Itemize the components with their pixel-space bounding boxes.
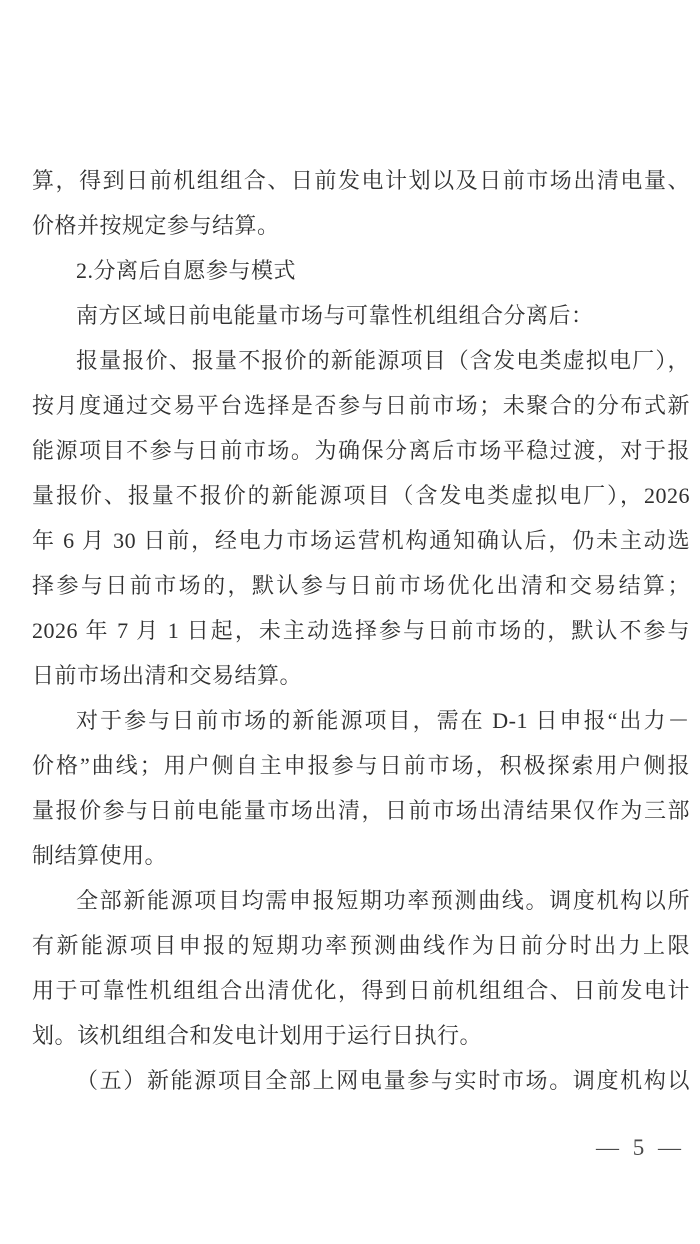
document-line-heading: 2.分离后自愿参与模式 [32, 248, 690, 293]
document-line: 用于可靠性机组组合出清优化，得到日前机组组合、日前发电计 [32, 968, 690, 1013]
document-line: 制结算使用。 [32, 833, 690, 878]
document-line: 择参与日前市场的，默认参与日前市场优化出清和交易结算； [32, 563, 690, 608]
document-page: 算，得到日前机组组合、日前发电计划以及日前市场出清电量、 价格并按规定参与结算。… [0, 0, 700, 1244]
document-line: 划。该机组组合和发电计划用于运行日执行。 [32, 1013, 690, 1058]
document-line: 有新能源项目申报的短期功率预测曲线作为日前分时出力上限 [32, 923, 690, 968]
page-number: — 5 — [32, 1136, 690, 1160]
document-line: 价格并按规定参与结算。 [32, 203, 690, 248]
document-line: 年 6 月 30 日前，经电力市场运营机构通知确认后，仍未主动选 [32, 518, 690, 563]
document-line: 南方区域日前电能量市场与可靠性机组组合分离后： [32, 293, 690, 338]
document-line: 量报价参与日前电能量市场出清，日前市场出清结果仅作为三部 [32, 788, 690, 833]
document-line: 2026 年 7 月 1 日起，未主动选择参与日前市场的，默认不参与 [32, 608, 690, 653]
document-line: 全部新能源项目均需申报短期功率预测曲线。调度机构以所 [32, 878, 690, 923]
document-line: 能源项目不参与日前市场。为确保分离后市场平稳过渡，对于报 [32, 428, 690, 473]
document-line: 报量报价、报量不报价的新能源项目（含发电类虚拟电厂）， [32, 338, 690, 383]
document-line: （五）新能源项目全部上网电量参与实时市场。调度机构以 [32, 1058, 690, 1103]
document-line: 对于参与日前市场的新能源项目，需在 D-1 日申报“出力－ [32, 698, 690, 743]
document-line: 量报价、报量不报价的新能源项目（含发电类虚拟电厂），2026 [32, 473, 690, 518]
document-line: 价格”曲线；用户侧自主申报参与日前市场，积极探索用户侧报 [32, 743, 690, 788]
document-line: 算，得到日前机组组合、日前发电计划以及日前市场出清电量、 [32, 158, 690, 203]
document-line: 按月度通过交易平台选择是否参与日前市场；未聚合的分布式新 [32, 383, 690, 428]
document-line: 日前市场出清和交易结算。 [32, 653, 690, 698]
